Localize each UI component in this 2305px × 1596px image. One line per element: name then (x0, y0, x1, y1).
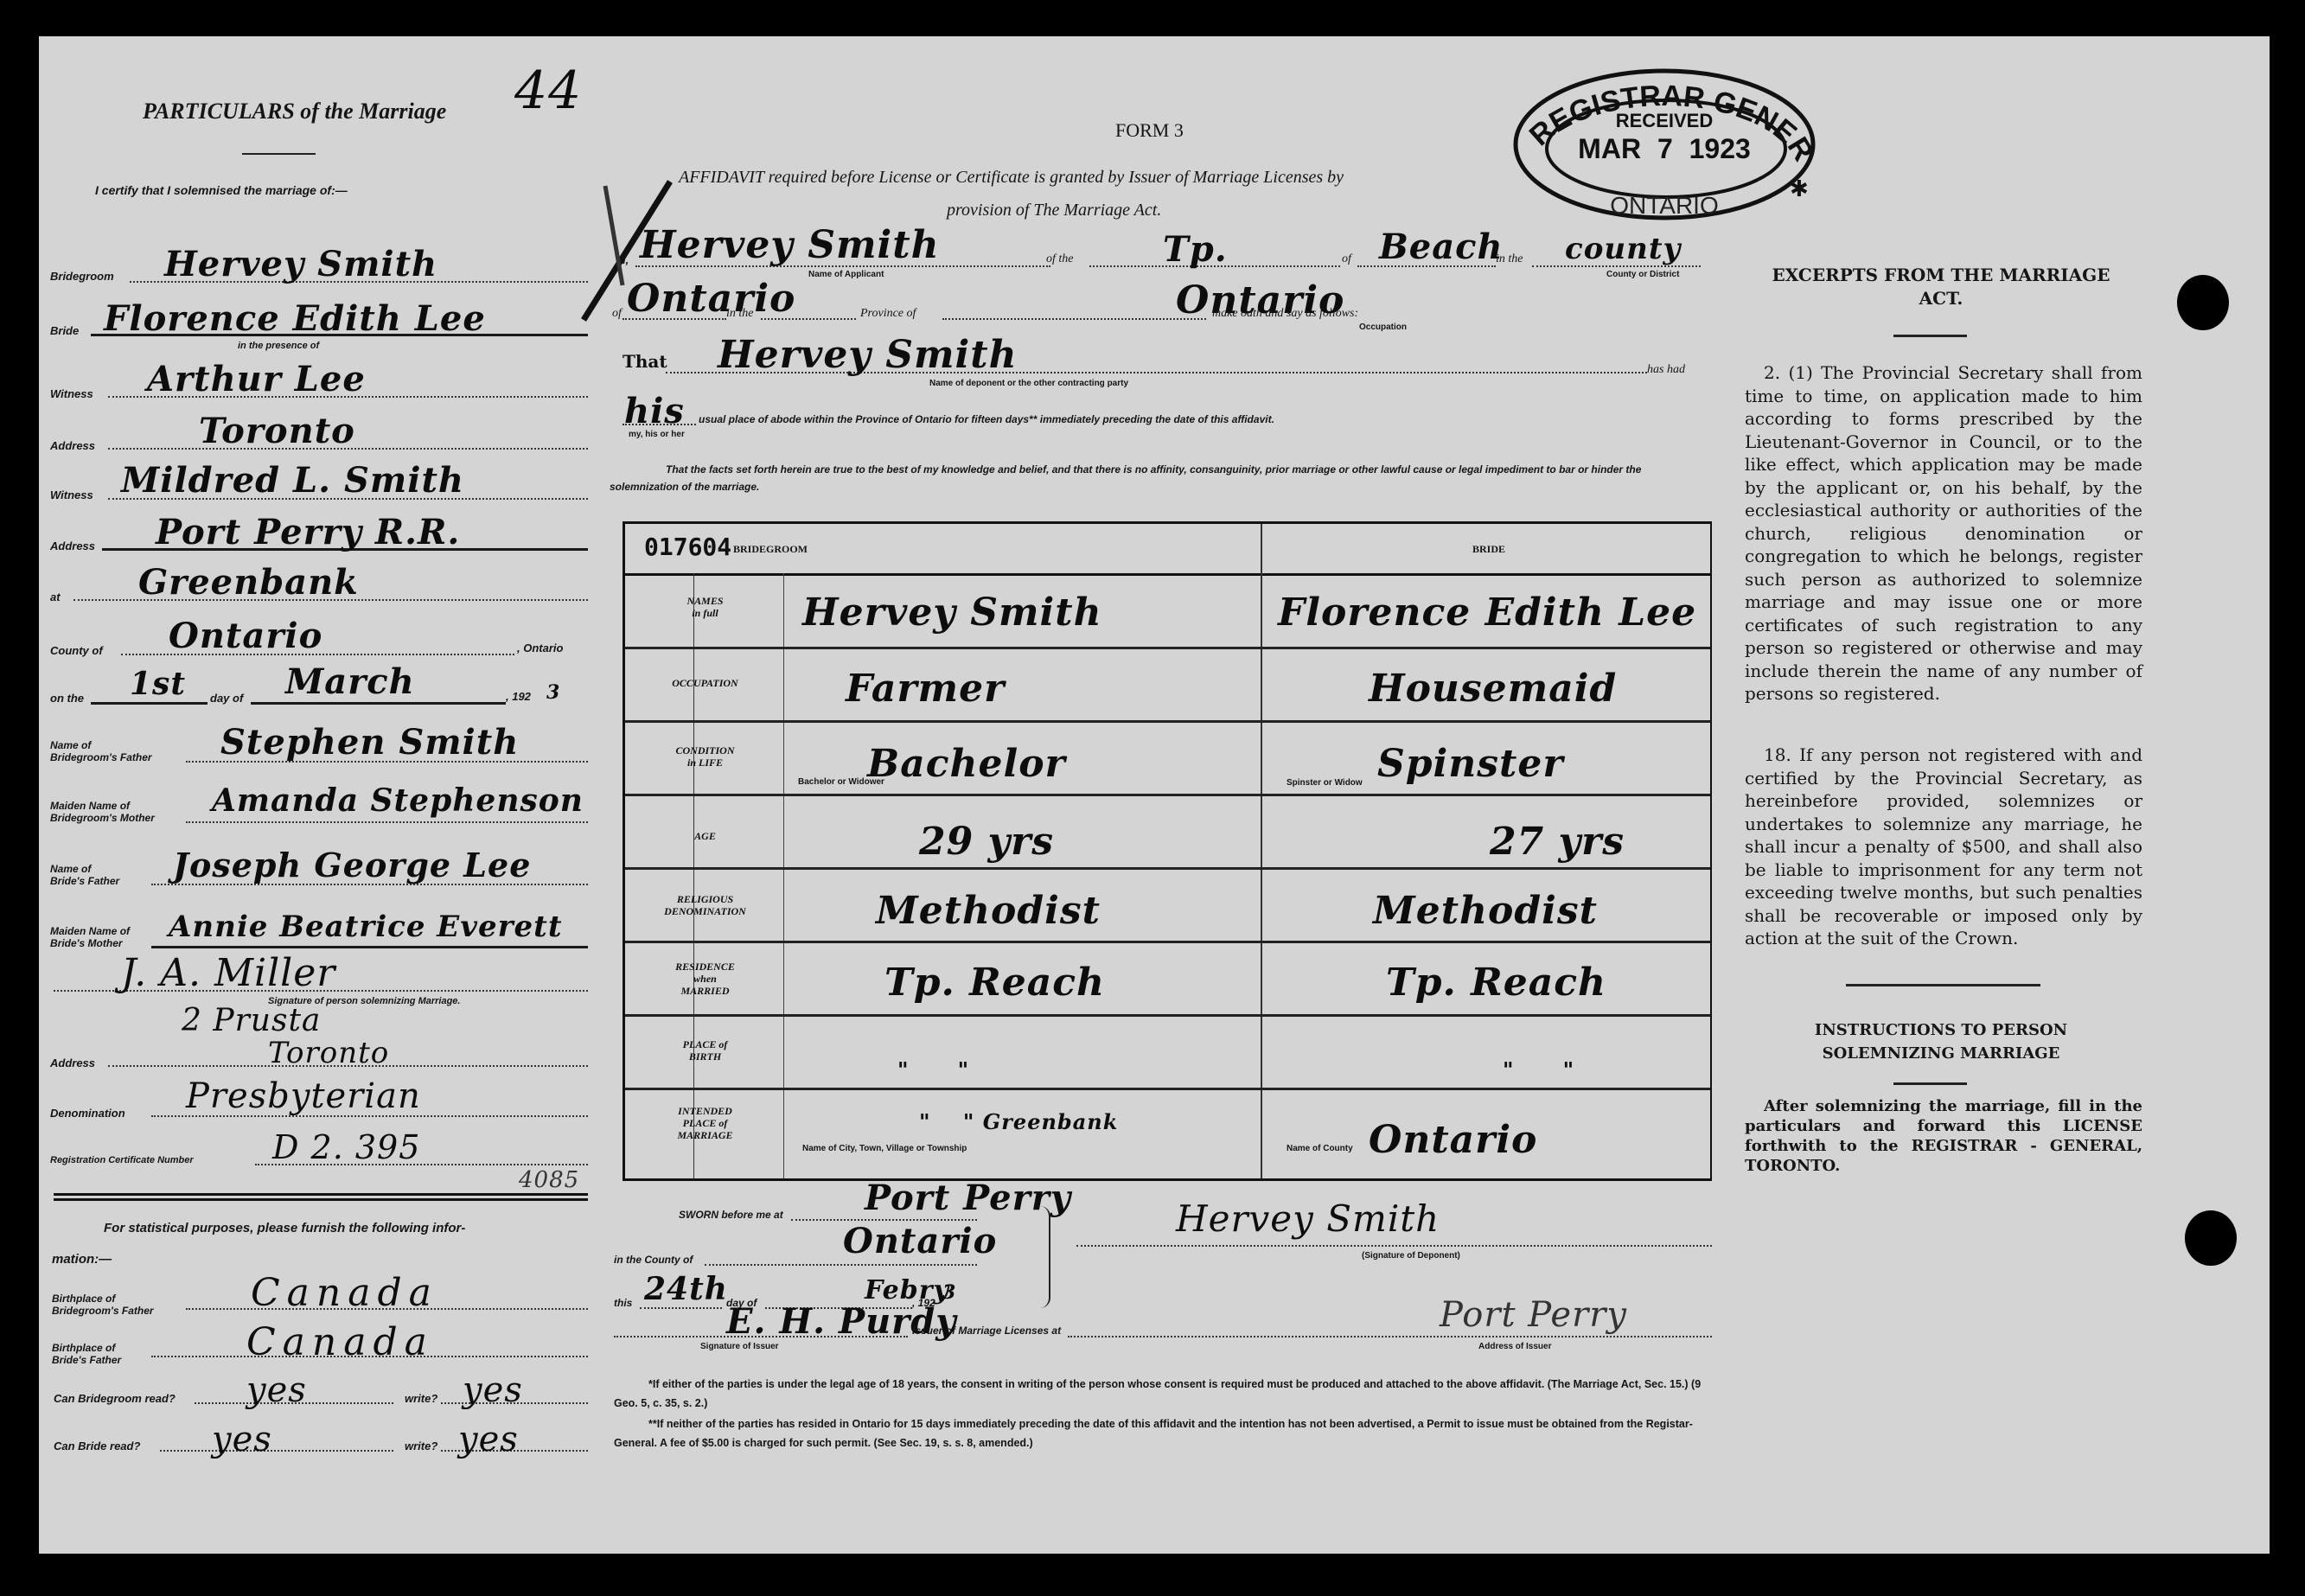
punch-hole-icon (2177, 275, 2229, 330)
pronoun-caption: my, his or her (629, 430, 685, 439)
instructions-heading: INSTRUCTIONS TO PERSONSOLEMNIZING MARRIA… (1742, 1018, 2140, 1065)
excerpt-section-2: 2. (1) The Provincial Secretary shall fr… (1745, 361, 2142, 705)
reg-cert-value: D 2. 395 (272, 1128, 420, 1166)
excerpts-heading: EXCERPTS FROM THE MARRIAGEACT. (1742, 264, 2140, 310)
denomination-label: Denomination (50, 1107, 125, 1120)
excerpt-section-18: 18. If any person not registered with an… (1745, 744, 2142, 950)
groom-occupation: Farmer (846, 667, 1005, 711)
brace (1033, 1206, 1050, 1308)
footnote-2: **If neither of the parties has resided … (614, 1414, 1712, 1452)
bride-mother-value: Annie Beatrice Everett (169, 910, 563, 944)
facts-paragraph: That the facts set forth herein are true… (610, 461, 1712, 495)
groom-father-label: Name ofBridegroom's Father (50, 739, 152, 763)
col-header-bridegroom: BRIDEGROOM (733, 543, 808, 556)
address1-label: Address (50, 439, 95, 452)
reg-cert-label: Registration Certificate Number (50, 1155, 194, 1165)
groom-write-value: yes (463, 1370, 523, 1410)
county-value: Ontario (169, 616, 322, 656)
groom-read-value: yes (246, 1370, 307, 1410)
line2-in-the: in the (726, 307, 754, 321)
bride-full-name: Florence Edith Lee (1278, 591, 1696, 635)
sworn-label: SWORN before me at (679, 1209, 783, 1221)
bride-intended-county: Ontario (1369, 1118, 1537, 1162)
stamp-date: MAR 7 1923 (1509, 133, 1820, 165)
bride-write-label: write? (405, 1440, 437, 1452)
province-label: Province of (860, 307, 916, 321)
date-day-of-label: day of (210, 692, 243, 705)
instructions-text: After solemnizing the marriage, fill in … (1745, 1096, 2142, 1176)
row-label-birthplace: PLACE of BIRTH (625, 1038, 785, 1063)
bride-occupation: Housemaid (1369, 667, 1617, 711)
bride-birthplace: " " (1503, 1057, 1574, 1082)
bride-age: 27 yrs (1490, 820, 1625, 864)
stats-intro2: mation:— (52, 1252, 112, 1267)
reg-cert-annotation: 4085 (519, 1167, 579, 1193)
groom-intended-place: " " Greenbank (919, 1109, 1118, 1134)
presence-label: in the presence of (238, 341, 319, 351)
witness2-name: Mildred L. Smith (121, 460, 464, 501)
groom-full-name: Hervey Smith (802, 591, 1102, 635)
date-on-label: on the (50, 692, 84, 705)
bride-read-label: Can Bride read? (54, 1440, 140, 1452)
groom-read-label: Can Bridegroom read? (54, 1392, 176, 1405)
stamp-received: RECEIVED (1509, 110, 1820, 132)
issuer-caption: Signature of Issuer (700, 1342, 779, 1351)
pronoun-value: his (624, 391, 685, 431)
county-suffix: , Ontario (517, 642, 563, 654)
bride-father-value: Joseph George Lee (173, 846, 531, 884)
issuer-address-caption: Address of Issuer (1478, 1342, 1551, 1351)
line1-of-the: of the (1046, 252, 1074, 266)
address2-value: Port Perry R.R. (156, 512, 460, 552)
page-number: 44 (514, 61, 582, 121)
groom-write-label: write? (405, 1392, 437, 1405)
officiant-signature: J. A. Miller (121, 951, 335, 995)
bridegroom-label: Bridegroom (50, 270, 114, 283)
divider (242, 153, 316, 155)
bride-father-birthplace-value: Canada (246, 1320, 434, 1364)
date-month: March (285, 661, 415, 702)
groom-birthplace: " " (897, 1057, 969, 1082)
divider (1893, 1082, 1967, 1085)
address2-label: Address (50, 539, 95, 552)
bride-label: Bride (50, 324, 79, 337)
row-label-occupation: OCCUPATION (625, 677, 785, 689)
line1-of: of (1342, 252, 1351, 266)
groom-mother-label: Maiden Name ofBridegroom's Mother (50, 800, 155, 824)
has-had-label: has had (1647, 363, 1685, 377)
deponent-signature: Hervey Smith (1176, 1197, 1440, 1240)
groom-father-value: Stephen Smith (220, 722, 519, 763)
row-label-condition: CONDITION in LIFE (625, 744, 785, 769)
witness1-label: Witness (50, 387, 93, 400)
serial-number: 017604 (644, 533, 731, 561)
certify-text: I certify that I solemnised the marriage… (95, 183, 348, 197)
divider (1893, 335, 1967, 337)
at-label: at (50, 591, 61, 603)
bride-religion: Methodist (1373, 889, 1598, 933)
bride-name: Florence Edith Lee (104, 298, 486, 339)
groom-residence: Tp. Reach (884, 961, 1105, 1005)
applicant-place: Beach (1379, 227, 1504, 267)
officiant-address-line2: Toronto (268, 1036, 389, 1070)
groom-mother-value: Amanda Stephenson (212, 782, 584, 819)
punch-hole-icon (2185, 1210, 2237, 1266)
county-word: county (1565, 232, 1681, 266)
city-caption: Name of City, Town, Village or Township (802, 1144, 967, 1153)
col-header-bride: BRIDE (1472, 543, 1505, 556)
denomination-value: Presbyterian (186, 1076, 421, 1116)
sworn-county-label: in the County of (614, 1254, 693, 1266)
form-number: FORM 3 (1115, 119, 1184, 142)
groom-condition: Bachelor (867, 742, 1066, 786)
footnote-1: *If either of the parties is under the l… (614, 1375, 1712, 1413)
row-label-intended-place: INTENDED PLACE of MARRIAGE (625, 1105, 785, 1141)
oath-text: make oath and say as follows: (1212, 307, 1358, 321)
bride-write-value: yes (458, 1420, 519, 1459)
bride-read-value: yes (212, 1420, 272, 1459)
affidavit-title: AFFIDAVIT required before License or Cer… (679, 168, 1344, 188)
witness1-name: Arthur Lee (147, 359, 366, 399)
sworn-county: Ontario (843, 1221, 997, 1261)
officiant-address-line1: 2 Prusta (182, 1003, 321, 1038)
abode-text: usual place of abode within the Province… (699, 413, 1274, 425)
deponent-caption: (Signature of Deponent) (1362, 1251, 1460, 1261)
bridegroom-name: Hervey Smith (164, 244, 437, 284)
row-label-names: NAMES in full (625, 595, 785, 619)
deponent-name: Hervey Smith (718, 333, 1018, 377)
sworn-this-label: this (614, 1297, 632, 1309)
bride-father-label: Name ofBride's Father (50, 863, 119, 887)
particulars-table: 017604 BRIDEGROOM BRIDE NAM (623, 521, 1712, 1181)
issuer-address: Port Perry (1440, 1295, 1627, 1335)
applicant-name: Hervey Smith (640, 223, 940, 267)
groom-father-birthplace-value: Canada (251, 1271, 438, 1315)
row-label-age: AGE (625, 830, 785, 842)
divider (1846, 984, 2040, 986)
bride-condition: Spinster (1377, 742, 1564, 786)
groom-age: 29 yrs (919, 820, 1054, 864)
address1-value: Toronto (199, 411, 355, 451)
row-label-religion: RELIGIOUS DENOMINATION (625, 893, 785, 917)
table-body: NAMES in full Hervey Smith Florence Edit… (625, 573, 1710, 1178)
county-label: County of (50, 644, 103, 657)
registrar-received-stamp: REGISTRAR GENERAL ✱ RECEIVED MAR 7 1923 … (1509, 62, 1820, 227)
bride-residence: Tp. Reach (1386, 961, 1606, 1005)
date-year-digit: 3 (546, 681, 560, 704)
sworn-day: 24th (644, 1271, 728, 1307)
caption-county-or-district: County or District (1606, 270, 1679, 279)
county-caption: Name of County (1287, 1144, 1353, 1153)
issuer-at-label: Issuer of Marriage Licenses at (912, 1325, 1061, 1337)
stats-intro: For statistical purposes, please furnish… (104, 1221, 465, 1235)
caption-name-of-applicant: Name of Applicant (808, 270, 884, 279)
bride-condition-caption: Spinster or Widow (1287, 778, 1363, 788)
date-day: 1st (130, 666, 186, 702)
bride-father-birthplace-label: Birthplace ofBride's Father (52, 1342, 121, 1366)
particulars-title: PARTICULARS of the Marriage (143, 99, 446, 124)
caption-occupation: Occupation (1359, 322, 1407, 332)
stamp-ontario: ONTARIO (1509, 192, 1820, 220)
cross-mark-icon (571, 173, 674, 372)
row-label-residence: RESIDENCE when MARRIED (625, 961, 785, 997)
affidavit-title-2: provision of The Marriage Act. (947, 201, 1161, 220)
date-year-prefix: , 192 (506, 690, 531, 703)
bride-mother-label: Maiden Name ofBride's Mother (50, 925, 130, 949)
witness2-label: Witness (50, 488, 93, 501)
caption-deponent: Name of deponent or the other contractin… (929, 379, 1128, 388)
groom-religion: Methodist (876, 889, 1101, 933)
township-abbrev: Tp. (1163, 229, 1228, 270)
at-value: Greenbank (138, 562, 359, 603)
line1-in-the: in the (1496, 252, 1523, 266)
groom-father-birthplace-label: Birthplace ofBridegroom's Father (52, 1293, 154, 1317)
officiant-address-label: Address (50, 1057, 95, 1069)
